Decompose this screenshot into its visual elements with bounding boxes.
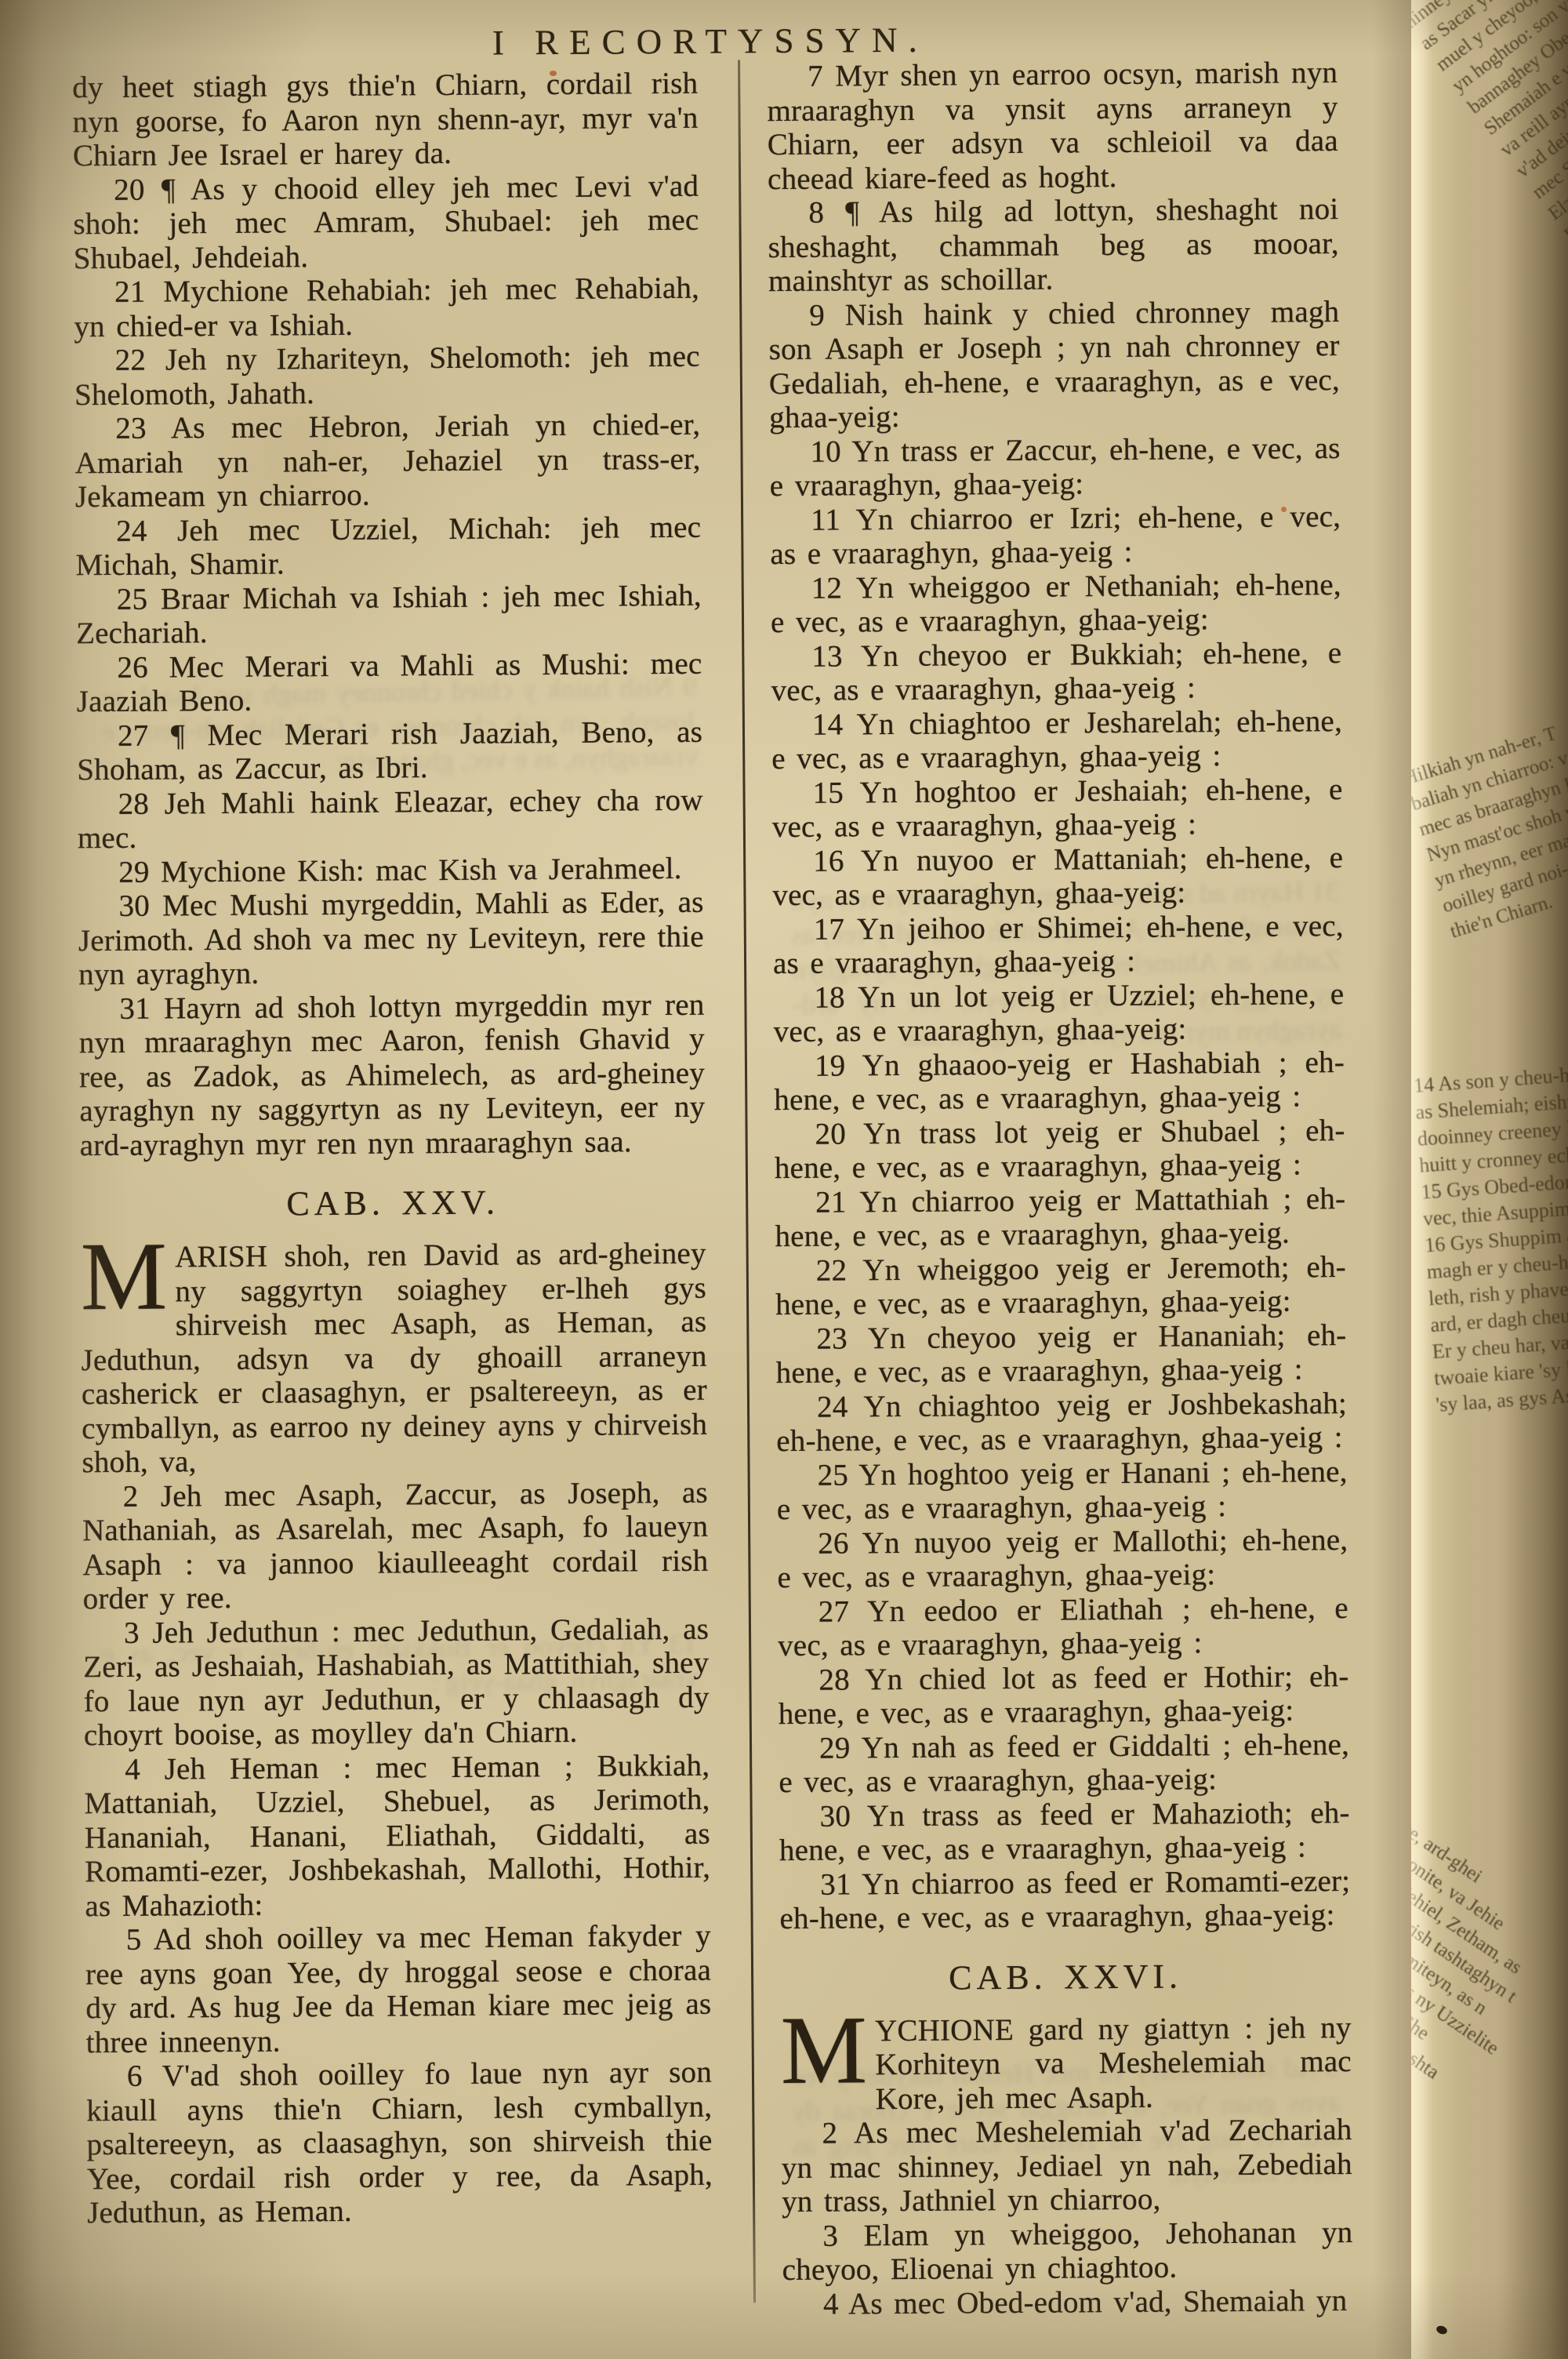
verse-paragraph-dropcap: MARISH shoh, ren David as ard-gheiney ny… bbox=[81, 1237, 708, 1480]
page-content: I RECORTYSSYN. dy heet stiagh gys thie'n… bbox=[0, 0, 1568, 2359]
page-curl-shadow bbox=[1374, 0, 1411, 2359]
verse-paragraph: 2 As mec Meshelemiah v'ad Zechariah yn m… bbox=[781, 2113, 1352, 2219]
verse-paragraph: 26 Mec Merari va Mahli as Mushi: mec Jaa… bbox=[76, 646, 702, 719]
verse-paragraph: 9 Nish haink y chied chronney magh son A… bbox=[768, 295, 1340, 435]
verse-paragraph: 25 Yn hoghtoo yeig er Hanani ; eh-hene, … bbox=[776, 1454, 1348, 1526]
curl-text-fragment: Hilkiah yn nah-er, T baliah yn chiarroo:… bbox=[1411, 680, 1568, 946]
verse-paragraph: 5 Ad shoh ooilley va mec Heman fakyder y… bbox=[85, 1919, 712, 2060]
verse-paragraph: 4 Jeh Heman : mec Heman ; Bukkiah, Matta… bbox=[84, 1748, 710, 1923]
column-divider-rule bbox=[738, 60, 756, 2303]
page-curl-edge: hinney, Jehozab as Sacar yn chiarroo, as… bbox=[1411, 0, 1568, 2359]
verse-paragraph: 25 Braar Michah va Ishiah : jeh mec Ishi… bbox=[76, 578, 702, 651]
paper-speck bbox=[1281, 507, 1287, 512]
verse-paragraph: 10 Yn trass er Zaccur, eh-hene, e vec, a… bbox=[769, 431, 1341, 503]
verse-paragraph: 22 Yn wheiggoo yeig er Jeremoth; eh-hene… bbox=[775, 1249, 1347, 1321]
verse-paragraph: 6 V'ad shoh ooilley fo laue nyn ayr son … bbox=[86, 2055, 713, 2230]
left-column: dy heet stiagh gys thie'n Chiarn, cordai… bbox=[72, 67, 713, 2230]
verse-paragraph: 27 Yn eedoo er Eliathah ; eh-hene, e vec… bbox=[778, 1590, 1349, 1663]
verse-text: YCHIONE gard ny giattyn : jeh ny Korhite… bbox=[875, 2010, 1352, 2115]
book-page-scan: 9 Nish haink y chied chronney magh son A… bbox=[0, 0, 1568, 2359]
verse-paragraph: dy heet stiagh gys thie'n Chiarn, cordai… bbox=[72, 67, 699, 173]
paper-speck bbox=[550, 71, 557, 76]
verse-paragraph: 24 Yn chiaghtoo yeig er Joshbekashah; eh… bbox=[776, 1386, 1348, 1458]
chapter-heading-cab-xxvi: CAB. XXVI. bbox=[780, 1955, 1351, 1998]
verse-paragraph: 28 Yn chied lot as feed er Hothir; eh-he… bbox=[778, 1659, 1349, 1731]
drop-cap-initial: M bbox=[780, 2014, 875, 2084]
verse-paragraph: 15 Yn hoghtoo er Jeshaiah; eh-hene, e ve… bbox=[771, 772, 1343, 845]
verse-paragraph: 31 Yn chiarroo as feed er Romamti-ezer; … bbox=[779, 1863, 1351, 1936]
verse-paragraph: 21 Mychione Rehabiah: jeh mec Rehabiah, … bbox=[74, 271, 700, 344]
verse-paragraph: 7 Myr shen yn earroo ocsyn, marish nyn m… bbox=[767, 56, 1338, 196]
verse-paragraph: 20 Yn trass lot yeig er Shubael ; eh-hen… bbox=[774, 1114, 1345, 1186]
curl-text-fragment: onite, ard-ghei Gershonite, va Jehie Ala… bbox=[1411, 1804, 1568, 2302]
verse-paragraph: 13 Yn cheyoo er Bukkiah; eh-hene, e vec,… bbox=[771, 636, 1342, 708]
curl-text-fragment: hinney, Jehozab as Sacar yn chiarroo, as… bbox=[1411, 0, 1568, 291]
drop-cap-initial: M bbox=[81, 1240, 176, 1310]
verse-paragraph: 23 Yn cheyoo yeig er Hananiah; eh-hene, … bbox=[775, 1318, 1347, 1390]
verse-paragraph: 26 Yn nuyoo yeig er Mallothi; eh-hene, e… bbox=[777, 1522, 1348, 1594]
verse-paragraph: 21 Yn chiarroo yeig er Mattathiah ; eh-h… bbox=[775, 1182, 1346, 1254]
verse-paragraph: 4 As mec Obed-edom v'ad, Shemaiah yn bbox=[782, 2283, 1353, 2321]
verse-paragraph: 20 ¶ As y chooid elley jeh mec Levi v'ad… bbox=[73, 169, 699, 275]
verse-paragraph: 18 Yn un lot yeig er Uzziel; eh-hene, e … bbox=[773, 977, 1345, 1049]
verse-paragraph: 19 Yn ghaaoo-yeig er Hashabiah ; eh-hene… bbox=[774, 1045, 1345, 1118]
verse-paragraph: 22 Jeh ny Izhariteyn, Shelomoth: jeh mec… bbox=[74, 340, 701, 413]
right-column: 7 Myr shen yn earroo ocsyn, marish nyn m… bbox=[767, 56, 1353, 2321]
verse-paragraph: 12 Yn wheiggoo er Nethaniah; eh-hene, e … bbox=[771, 568, 1342, 640]
verse-paragraph: 23 As mec Hebron, Jeriah yn chied-er, Am… bbox=[74, 408, 701, 514]
verse-paragraph: 3 Jeh Jeduthun : mec Jeduthun, Gedaliah,… bbox=[83, 1612, 710, 1753]
verse-paragraph: 17 Yn jeihoo er Shimei; eh-hene, e vec, … bbox=[773, 909, 1345, 981]
verse-paragraph: 30 Mec Mushi myrgeddin, Mahli as Eder, a… bbox=[78, 885, 704, 992]
verse-paragraph: 29 Mychione Kish: mac Kish va Jerahmeel. bbox=[78, 851, 703, 889]
verse-paragraph-dropcap: MYCHIONE gard ny giattyn : jeh ny Korhit… bbox=[780, 2010, 1352, 2117]
verse-paragraph: 3 Elam yn wheiggoo, Jehohanan yn cheyoo,… bbox=[782, 2215, 1353, 2287]
verse-paragraph: 28 Jeh Mahli haink Eleazar, echey cha ro… bbox=[77, 783, 703, 856]
verse-paragraph: 30 Yn trass as feed er Mahazioth; eh-hen… bbox=[779, 1795, 1351, 1867]
verse-paragraph: 24 Jeh mec Uzziel, Michah: jeh mec Micha… bbox=[75, 510, 702, 583]
verse-text: ARISH shoh, ren David as ard-gheiney ny … bbox=[81, 1237, 707, 1480]
curl-text-fragment: 14 As son y cheu-har, hu as Shelemiah; e… bbox=[1413, 1053, 1568, 1419]
verse-paragraph: 29 Yn nah as feed er Giddalti ; eh-hene,… bbox=[779, 1727, 1350, 1799]
verse-paragraph: 8 ¶ As hilg ad lottyn, sheshaght noi she… bbox=[768, 192, 1339, 299]
verse-paragraph: 16 Yn nuyoo er Mattaniah; eh-hene, e vec… bbox=[772, 841, 1344, 913]
verse-paragraph: 14 Yn chiaghtoo er Jesharelah; eh-hene, … bbox=[771, 704, 1343, 776]
verse-paragraph: 2 Jeh mec Asaph, Zaccur, as Joseph, as N… bbox=[82, 1475, 709, 1616]
verse-paragraph: 11 Yn chiarroo er Izri; eh-hene, e vec, … bbox=[770, 500, 1341, 572]
chapter-heading-cab-xxv: CAB. XXV. bbox=[80, 1182, 706, 1226]
verse-paragraph: 31 Hayrn ad shoh lottyn myrgeddin myr re… bbox=[78, 987, 705, 1162]
verse-paragraph: 27 ¶ Mec Merari rish Jaaziah, Beno, as S… bbox=[77, 714, 703, 787]
